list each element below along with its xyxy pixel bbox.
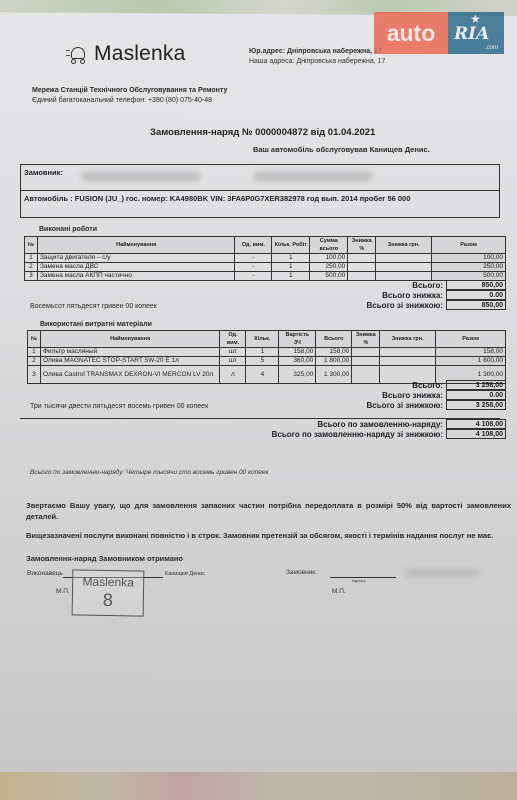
total-row: Всього:3 258,00	[300, 380, 506, 390]
column-header: №	[28, 331, 41, 348]
table-cell: Олива Castrol TRANSMAX DEXRON-VI MERCON …	[40, 366, 219, 384]
customer-label: Замовник:	[24, 168, 63, 177]
total-row: Всього знижка:0.00	[300, 390, 506, 400]
order-title: Замовлення-наряд № 0000004872 від 01.04.…	[150, 127, 375, 138]
table-cell	[380, 357, 436, 366]
materials-table: №НайменуванняОд. вим.Кільк.Вартість ЗЧВс…	[27, 330, 506, 384]
redacted-customer-signature-name	[405, 568, 480, 577]
stamp-number: 8	[73, 589, 143, 611]
table-cell: шт	[220, 357, 246, 366]
total-value: 4 108,00	[446, 429, 506, 439]
table-cell	[348, 263, 376, 272]
table-cell: л	[220, 366, 246, 384]
watermark-ria-box: ★ RIA .com	[448, 12, 504, 54]
column-header: Од. вим.	[235, 237, 272, 254]
watermark-auto: auto	[374, 12, 448, 54]
company-stamp: Maslenka 8	[72, 569, 145, 616]
table-cell: 100,00	[432, 254, 506, 263]
address-block: Юр.адрес: Дніпровська набережна, 17 Наша…	[249, 47, 385, 67]
stamp-name: Maslenka	[73, 574, 143, 589]
total-label: Всього зі знижкою:	[367, 301, 446, 310]
logo-text: Maslenka	[94, 42, 185, 66]
signature-caption: підпись	[352, 578, 366, 583]
total-value: 3 258,00	[446, 380, 506, 390]
table-cell: 250,00	[310, 263, 348, 272]
table-cell: -	[235, 263, 272, 272]
table-cell: 2	[25, 263, 38, 272]
no-claims-notice: Вищезазначені послуги виконані повністю …	[26, 530, 511, 541]
total-value: 4 108,00	[446, 419, 506, 429]
column-header: Кільк.	[246, 331, 279, 348]
total-label: Всього по замовленню-наряду:	[317, 420, 446, 429]
table-cell: 158,00	[316, 348, 352, 357]
column-header: Знижка %	[352, 331, 380, 348]
table-cell: 4	[246, 366, 279, 384]
table-cell: 158,00	[279, 348, 316, 357]
table-cell: 1	[272, 263, 310, 272]
our-address: Наша адреса: Дніпровська набережна, 17	[249, 57, 385, 67]
total-value: 850,00	[446, 280, 506, 290]
table-cell: Замена масла ДВС	[37, 263, 234, 272]
table-cell	[348, 254, 376, 263]
total-value: 3 258,00	[446, 400, 506, 410]
company-logo: Maslenka	[66, 42, 185, 66]
table-cell: -	[235, 254, 272, 263]
table-cell: 1 800,00	[316, 357, 352, 366]
table-cell: 1	[25, 254, 38, 263]
legal-address: Юр.адрес: Дніпровська набережна, 17	[249, 47, 385, 57]
column-header: №	[25, 237, 38, 254]
table-row: 1Защита двигателя – с/у-1100,00100,00	[25, 254, 506, 263]
materials-total-in-words: Три тысячи двести пятьдесят восемь гриве…	[30, 403, 208, 410]
table-cell	[376, 263, 432, 272]
materials-totals: Всього:3 258,00Всього знижка:0.00Всього …	[300, 380, 506, 410]
column-header: Знижка грн.	[376, 237, 432, 254]
total-label: Всього знижка:	[382, 391, 446, 400]
table-cell: 3	[25, 272, 38, 281]
table-cell: 1	[272, 254, 310, 263]
materials-body: 1Фильтр масляныйшт1158,00158,00158,002Ол…	[28, 348, 506, 384]
table-cell	[376, 254, 432, 263]
grand-total-in-words: Всього по замовленню-наряду: Четыре тыся…	[30, 469, 269, 476]
works-header-row: №НайменуванняОд. вим.Кільк. РобітСумма в…	[25, 237, 506, 254]
customer-seal-label: М.П.	[332, 588, 346, 595]
total-value: 0.00	[446, 390, 506, 400]
table-cell: 100,00	[310, 254, 348, 263]
total-label: Всього знижка:	[382, 291, 446, 300]
order-received-notice: Замовлення-наряд Замовником отримано	[26, 553, 511, 564]
works-totals: Всього:850,00Всього знижка:0.00Всього зі…	[300, 280, 506, 310]
company-info: Мережа Станцій Технічного Обслуговування…	[32, 86, 227, 106]
table-cell: Олива MAGNATEC STOP-START 5W-20 E 1л	[40, 357, 219, 366]
table-cell	[352, 348, 380, 357]
table-cell: 1 800,00	[436, 357, 506, 366]
column-header: Знижка грн.	[380, 331, 436, 348]
grand-totals: Всього по замовленню-наряду:4 108,00Всьо…	[240, 419, 506, 439]
customer-sign-label: Замовник:	[286, 569, 317, 576]
table-cell: 2	[28, 357, 41, 366]
executor-seal-label: М.П.	[56, 588, 70, 595]
column-header: Найменування	[37, 237, 234, 254]
table-cell: 250,00	[432, 263, 506, 272]
watermark-ria: RIA	[454, 24, 489, 44]
oil-can-car-icon	[66, 44, 88, 64]
customer-row: Замовник:	[21, 165, 499, 191]
executor-label: Виконавець	[27, 570, 63, 577]
table-row: 2Замена масла ДВС-1250,00250,00	[25, 263, 506, 272]
works-section-title: Виконані роботи	[39, 226, 97, 233]
total-label: Всього:	[412, 381, 446, 390]
column-header: Од. вим.	[220, 331, 246, 348]
total-row: Всього знижка:0.00	[300, 290, 506, 300]
total-row: Всього по замовленню-наряду:4 108,00	[240, 419, 506, 429]
column-header: Знижка %	[348, 237, 376, 254]
table-row: 1Фильтр масляныйшт1158,00158,00158,00	[28, 348, 506, 357]
table-cell: 1	[28, 348, 41, 357]
table-cell: Фильтр масляный	[40, 348, 219, 357]
table-cell: 158,00	[436, 348, 506, 357]
table-cell: 3	[28, 366, 41, 384]
column-header: Кільк. Робіт	[272, 237, 310, 254]
total-value: 850,00	[446, 300, 506, 310]
column-header: Разом	[436, 331, 506, 348]
column-header: Разом	[432, 237, 506, 254]
table-cell: 1	[246, 348, 279, 357]
column-header: Всього	[316, 331, 352, 348]
table-cell: шт	[220, 348, 246, 357]
redacted-customer-name	[81, 172, 201, 181]
executor-name: Канищев Денис	[165, 571, 205, 577]
total-value: 0.00	[446, 290, 506, 300]
serviced-by: Ваш автомобіль обслуговував Канищев Дени…	[253, 145, 430, 154]
total-row: Всього по замовленню-наряду зі знижкою:4…	[240, 429, 506, 439]
materials-header-row: №НайменуванняОд. вим.Кільк.Вартість ЗЧВс…	[28, 331, 506, 348]
column-header: Вартість ЗЧ	[279, 331, 316, 348]
total-label: Всього:	[412, 281, 446, 290]
table-cell: -	[235, 272, 272, 281]
column-header: Сумма всього	[310, 237, 348, 254]
watermark-com: .com	[485, 45, 498, 51]
table-cell: Замена масла АКПП частично	[37, 272, 234, 281]
table-row: 2Олива MAGNATEC STOP-START 5W-20 E 1лшт5…	[28, 357, 506, 366]
customer-vehicle-box: Замовник: Автомобіль : FUSION (JU_) гос.…	[20, 164, 500, 218]
materials-section-title: Використані витратні матеріали	[40, 321, 152, 328]
total-label: Всього зі знижкою:	[367, 401, 446, 410]
works-total-in-words: Восемьсот пятьдесят гривен 00 копеек	[30, 303, 157, 310]
prepayment-notice: Звертаємо Вашу увагу, що для замовлення …	[26, 500, 511, 522]
autoria-watermark: auto ★ RIA .com	[374, 12, 504, 54]
company-description: Мережа Станцій Технічного Обслуговування…	[32, 86, 227, 96]
column-header: Найменування	[40, 331, 219, 348]
table-cell	[352, 357, 380, 366]
total-row: Всього:850,00	[300, 280, 506, 290]
background-tablecloth-bottom	[0, 772, 517, 800]
vehicle-row: Автомобіль : FUSION (JU_) гос. номер: KA…	[21, 191, 499, 206]
total-label: Всього по замовленню-наряду зі знижкою:	[272, 430, 446, 439]
company-phone: Єдиний багатоканальний телефон: +380 (80…	[32, 96, 227, 106]
works-table: №НайменуванняОд. вим.Кільк. РобітСумма в…	[24, 236, 506, 281]
table-cell: Защита двигателя – с/у	[37, 254, 234, 263]
total-row: Всього зі знижкою:3 258,00	[300, 400, 506, 410]
total-row: Всього зі знижкою:850,00	[300, 300, 506, 310]
table-cell: 5	[246, 357, 279, 366]
works-body: 1Защита двигателя – с/у-1100,00100,002За…	[25, 254, 506, 281]
table-cell: 360,00	[279, 357, 316, 366]
table-cell	[380, 348, 436, 357]
redacted-customer-phone	[253, 172, 373, 181]
